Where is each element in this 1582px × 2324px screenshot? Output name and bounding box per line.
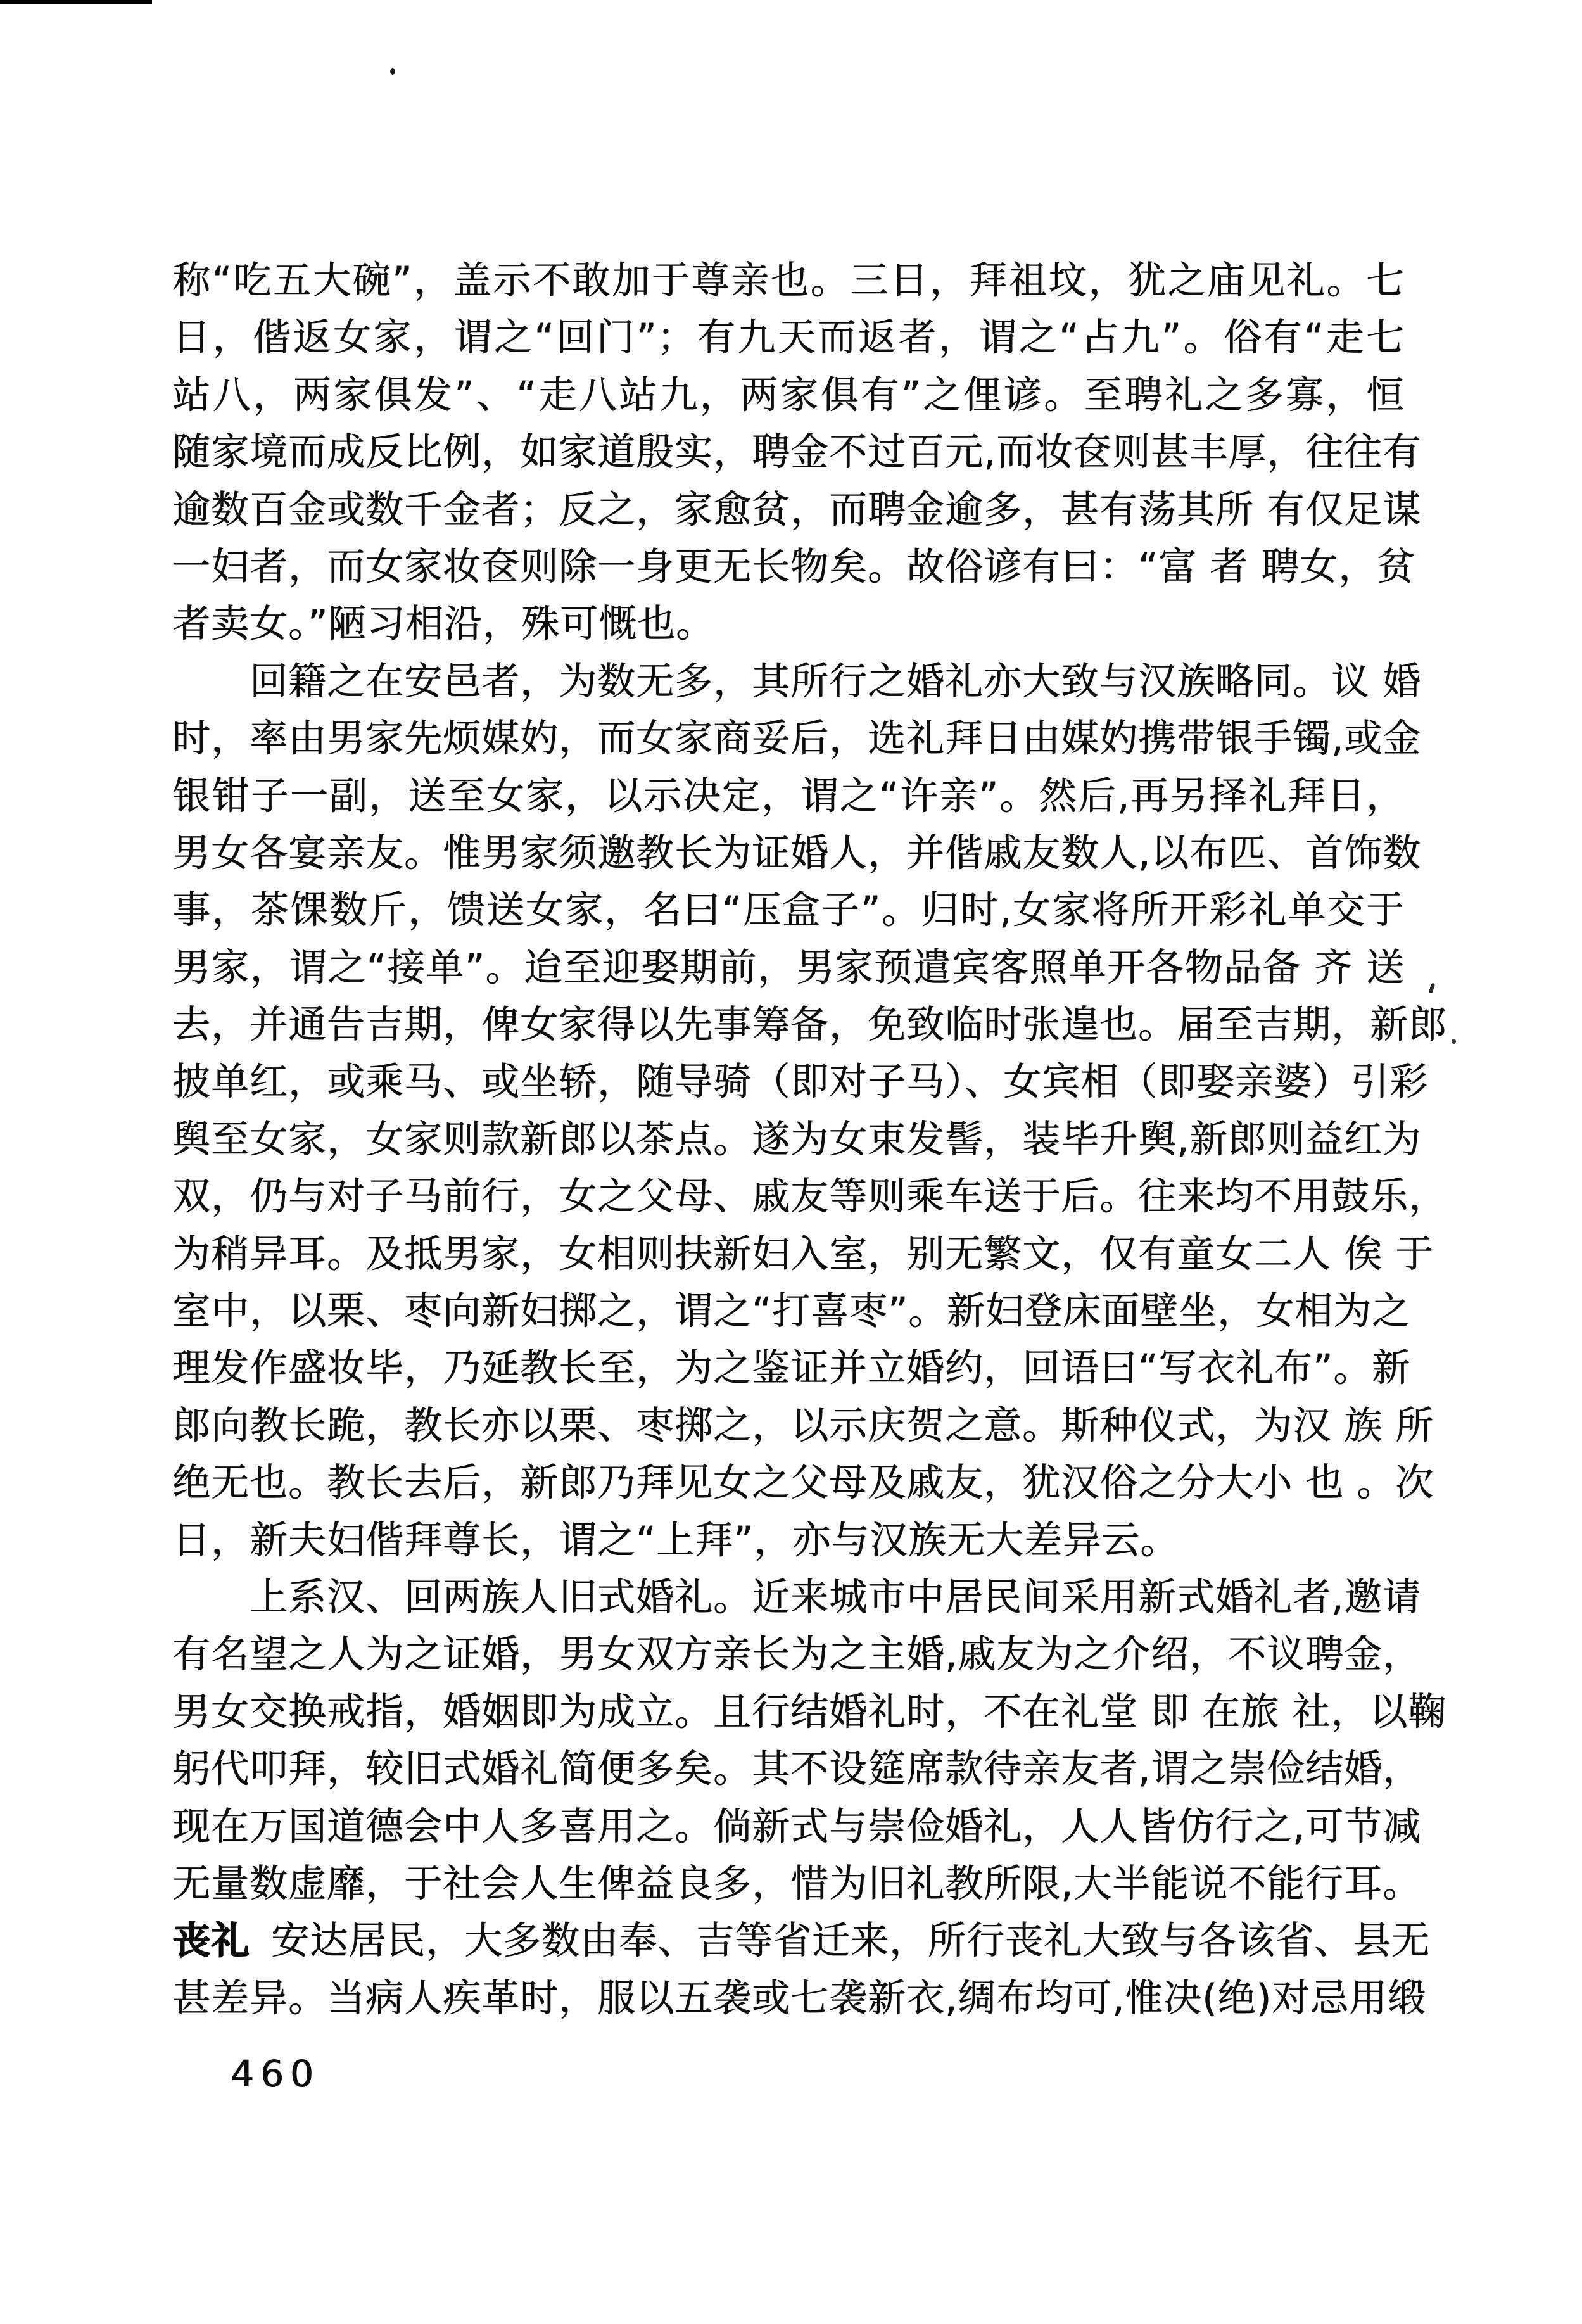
text-line: 随家境而成反比例，如家道殷实，聘金不过百元,而妆奁则甚丰厚，往往有 [172, 424, 1405, 481]
text-line: 称“吃五大碗”，盖示不敢加于尊亲也。三日，拜祖坟，犹之庙见礼。七 [172, 252, 1405, 309]
text-line: 日，偕返女家，谓之“回门”；有九天而返者，谓之“占九”。俗有“走七 [172, 309, 1405, 366]
text-line: 逾数百金或数千金者；反之，家愈贫，而聘金逾多，甚有荡其所 有仅足谋 [172, 481, 1405, 538]
body-text: 称“吃五大碗”，盖示不敢加于尊亲也。三日，拜祖坟，犹之庙见礼。七日，偕返女家，谓… [172, 252, 1405, 2027]
text-line: 郎向教长跪，教长亦以栗、枣掷之，以示庆贺之意。斯种仪式，为汉 族 所 [172, 1397, 1405, 1454]
text-line: 绝无也。教长去后，新郎乃拜见女之父母及戚友，犹汉俗之分大小 也 。次 [172, 1454, 1405, 1511]
text-line: 站八，两家俱发”、“走八站九，两家俱有”之俚谚。至聘礼之多寡，恒 [172, 367, 1405, 424]
text-line: 室中，以栗、枣向新妇掷之，谓之“打喜枣”。新妇登床面壁坐，女相为之 [172, 1283, 1405, 1340]
text-line: 事，茶馃数斤，馈送女家，名曰“压盒子”。归时,女家将所开彩礼单交于 [172, 882, 1405, 939]
text-line: 上系汉、回两族人旧式婚礼。近来城市中居民间采用新式婚礼者,邀请 [172, 1569, 1405, 1626]
text-line: 甚差异。当病人疾革时，服以五袭或七袭新衣,绸布均可,惟决(绝)对忌用缎 [172, 1970, 1405, 2027]
text-line: 男女各宴亲友。惟男家须邀教长为证婚人，并偕戚友数人,以布匹、首饰数 [172, 825, 1405, 882]
text-line: 双，仍与对子马前行，女之父母、戚友等则乘车送于后。往来均不用鼓乐， [172, 1168, 1405, 1225]
text-line: 舆至女家，女家则款新郎以茶点。遂为女束发髻，装毕升舆,新郎则益红为 [172, 1111, 1405, 1168]
text-line: 躬代叩拜，较旧式婚礼简便多矣。其不设筵席款待亲友者,谓之崇俭结婚， [172, 1741, 1405, 1798]
text-line: 丧礼安达居民，大多数由奉、吉等省迁来，所行丧礼大致与各该省、县无 [172, 1912, 1405, 1969]
scan-artifact-bar [0, 0, 152, 4]
text-line: 时，率由男家先烦媒妁，而女家商妥后，选礼拜日由媒妁携带银手镯,或金 [172, 710, 1405, 767]
text-line: 为稍异耳。及抵男家，女相则扶新妇入室，别无繁文，仅有童女二人 俟 于 [172, 1226, 1405, 1283]
text-line: 男女交换戒指，婚姻即为成立。且行结婚礼时，不在礼堂 即 在旅 社，以鞠 [172, 1684, 1405, 1741]
text-line: 理发作盛妆毕，乃延教长至，为之鉴证并立婚约，回语曰“写衣礼布”。新 [172, 1340, 1405, 1397]
text-line: 日，新夫妇偕拜尊长，谓之“上拜”，亦与汉族无大差异云。 [172, 1512, 1405, 1569]
scanned-page: 称“吃五大碗”，盖示不敢加于尊亲也。三日，拜祖坟，犹之庙见礼。七日，偕返女家，谓… [0, 0, 1582, 2324]
page-number: 460 [231, 2052, 320, 2095]
text-line: 披单红，或乘马、或坐轿，随导骑（即对子马）、女宾相（即娶亲婆）引彩 [172, 1053, 1405, 1110]
text-line: 者卖女。”陋习相沿，殊可慨也。 [172, 595, 1405, 652]
text-line: 有名望之人为之证婚，男女双方亲长为之主婚,戚友为之介绍，不议聘金， [172, 1626, 1405, 1683]
text-line: 现在万国道德会中人多喜用之。倘新式与崇俭婚礼，人人皆仿行之,可节减 [172, 1798, 1405, 1855]
text-line: 银钳子一副，送至女家，以示决定，谓之“许亲”。然后,再另择礼拜日， [172, 768, 1405, 825]
text-line: 男家，谓之“接单”。迨至迎娶期前，男家预遣宾客照单开各物品备 齐 送 [172, 939, 1405, 996]
text-line: 回籍之在安邑者，为数无多，其所行之婚礼亦大致与汉族略同。议 婚 [172, 653, 1405, 710]
scan-artifact-dot [1452, 1039, 1456, 1044]
scan-artifact-dot [1429, 982, 1436, 993]
scan-artifact-dot [390, 68, 395, 75]
section-heading: 丧礼 [172, 1919, 250, 1963]
text-line: 一妇者，而女家妆奁则除一身更无长物矣。故俗谚有曰：“富 者 聘女，贫 [172, 538, 1405, 595]
text-line: 无量数虚靡，于社会人生俾益良多，惜为旧礼教所限,大半能说不能行耳。 [172, 1855, 1405, 1912]
text-line: 去，并通告吉期，俾女家得以先事筹备，免致临时张遑也。届至吉期，新郎 [172, 996, 1405, 1053]
